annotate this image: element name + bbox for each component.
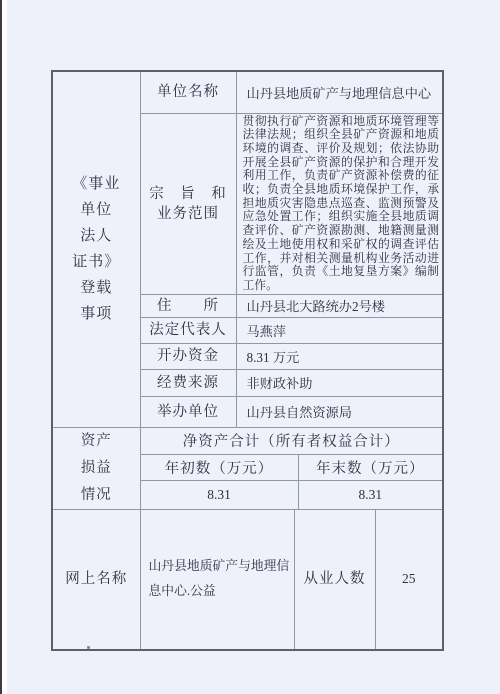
year-start-label: 年初数（万元） [140, 454, 298, 480]
net-assets-header: 净资产合计（所有者权益合计） [140, 427, 443, 454]
opening-capital-label: 开办资金 [140, 343, 236, 369]
legal-representative-value: 马燕萍 [236, 317, 443, 343]
staff-count-label: 从业人数 [294, 509, 375, 650]
business-scope-label: 宗 旨 和 业务范围 [140, 113, 236, 294]
funding-source-label: 经费来源 [140, 369, 236, 396]
business-scope-value: 贯彻执行矿产资源和地质环境管理等法律法规；组织全县矿产资源和地质环境的调查、评价… [236, 113, 443, 294]
funding-source-value: 非财政补助 [236, 369, 443, 396]
cert-section-label: 《事业 单位 法人 证书》 登载 事项 [52, 71, 140, 427]
year-start-value: 8.31 [140, 480, 298, 509]
registration-form-table: 《事业 单位 法人 证书》 登载 事项 单位名称 山丹县地质矿产与地理信息中心 … [51, 70, 444, 651]
row-unit-name: 《事业 单位 法人 证书》 登载 事项 单位名称 山丹县地质矿产与地理信息中心 [52, 71, 443, 113]
row-online-name: 网上名称 山丹县地质矿产与地理信息中心.公益 从业人数 25 [52, 509, 443, 650]
staff-count-value: 25 [375, 509, 443, 650]
sponsor-unit-value: 山丹县自然资源局 [236, 396, 443, 427]
online-name-value: 山丹县地质矿产与地理信息中心.公益 [140, 509, 294, 650]
unit-name-label: 单位名称 [140, 71, 236, 113]
address-value: 山丹县北大路统办2号楼 [236, 294, 443, 317]
address-label: 住 所 [140, 294, 236, 317]
sponsor-unit-label: 举办单位 [140, 396, 236, 427]
opening-capital-value: 8.31 万元 [236, 343, 443, 369]
row-net-assets-header: 资产 损益 情况 净资产合计（所有者权益合计） [52, 427, 443, 454]
legal-representative-label: 法定代表人 [140, 317, 236, 343]
assets-section-label: 资产 损益 情况 [52, 427, 140, 509]
year-end-value: 8.31 [298, 480, 443, 509]
online-name-label: 网上名称 [52, 509, 140, 650]
scan-page-edge [0, 0, 7, 694]
year-end-label: 年末数（万元） [298, 454, 443, 480]
unit-name-value: 山丹县地质矿产与地理信息中心 [236, 71, 443, 113]
